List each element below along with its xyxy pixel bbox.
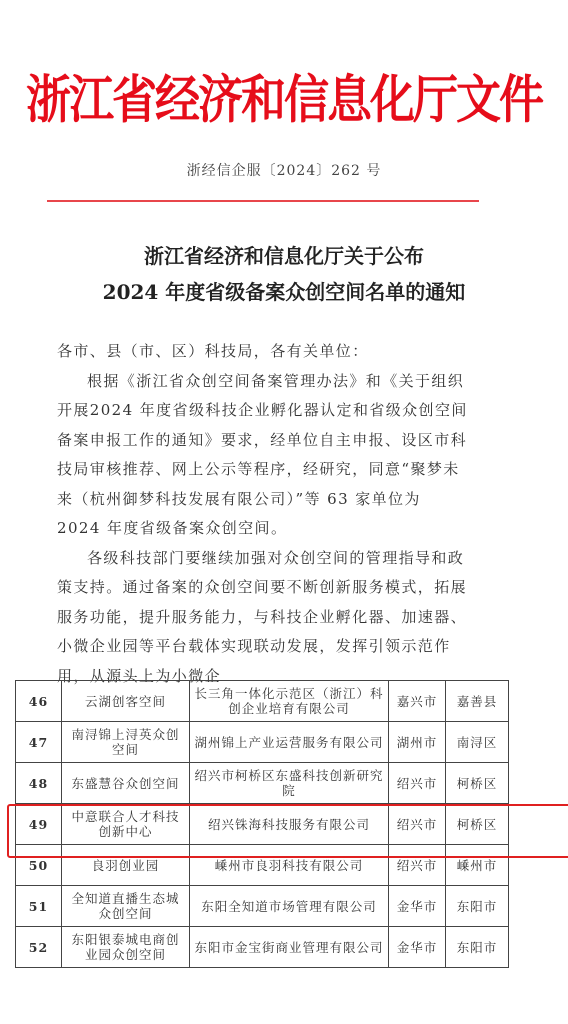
notice-title-line2: 2024 年度省级备案众创空间名单的通知 [0,274,568,310]
row-number: 49 [16,804,62,845]
space-name: 东盛慧谷众创空间 [62,763,190,804]
city: 绍兴市 [389,763,446,804]
red-divider-line [47,200,479,202]
district: 柯桥区 [446,804,509,845]
district: 柯桥区 [446,763,509,804]
table-row: 52 东阳银泰城电商创业园众创空间 东阳市金宝街商业管理有限公司 金华市 东阳市 [16,927,509,968]
city: 绍兴市 [389,845,446,886]
operator-name: 绍兴铢海科技服务有限公司 [190,804,389,845]
district: 嵊州市 [446,845,509,886]
city: 绍兴市 [389,804,446,845]
body-paragraph-1: 根据《浙江省众创空间备案管理办法》和《关于组织开展2024 年度省级科技企业孵化… [57,367,469,544]
maker-space-table: 46 云湖创客空间 长三角一体化示范区（浙江）科创企业培育有限公司 嘉兴市 嘉善… [15,680,509,968]
operator-name: 湖州锦上产业运营服务有限公司 [190,722,389,763]
district: 嘉善县 [446,681,509,722]
city: 嘉兴市 [389,681,446,722]
city: 金华市 [389,927,446,968]
table-row: 46 云湖创客空间 长三角一体化示范区（浙江）科创企业培育有限公司 嘉兴市 嘉善… [16,681,509,722]
operator-name: 长三角一体化示范区（浙江）科创企业培育有限公司 [190,681,389,722]
city: 湖州市 [389,722,446,763]
space-name: 南浔锦上浔英众创空间 [62,722,190,763]
row-number: 50 [16,845,62,886]
table-row: 48 东盛慧谷众创空间 绍兴市柯桥区东盛科技创新研究院 绍兴市 柯桥区 [16,763,509,804]
space-name: 全知道直播生态城众创空间 [62,886,190,927]
salutation: 各市、县（市、区）科技局，各有关单位： [57,337,469,367]
district: 南浔区 [446,722,509,763]
row-number: 52 [16,927,62,968]
table-row: 51 全知道直播生态城众创空间 东阳全知道市场管理有限公司 金华市 东阳市 [16,886,509,927]
space-name: 东阳银泰城电商创业园众创空间 [62,927,190,968]
district: 东阳市 [446,886,509,927]
table-row-highlighted: 49 中意联合人才科技创新中心 绍兴铢海科技服务有限公司 绍兴市 柯桥区 [16,804,509,845]
operator-name: 东阳全知道市场管理有限公司 [190,886,389,927]
operator-name: 嵊州市良羽科技有限公司 [190,845,389,886]
operator-name: 东阳市金宝街商业管理有限公司 [190,927,389,968]
document-number: 浙经信企服〔2024〕262 号 [0,160,568,180]
district: 东阳市 [446,927,509,968]
row-number: 46 [16,681,62,722]
operator-name: 绍兴市柯桥区东盛科技创新研究院 [190,763,389,804]
space-name: 良羽创业园 [62,845,190,886]
notice-title-line1: 浙江省经济和信息化厅关于公布 [0,238,568,274]
city: 金华市 [389,886,446,927]
row-number: 48 [16,763,62,804]
row-number: 51 [16,886,62,927]
notice-title: 浙江省经济和信息化厅关于公布 2024 年度省级备案众创空间名单的通知 [0,238,568,310]
notice-body: 各市、县（市、区）科技局，各有关单位： 根据《浙江省众创空间备案管理办法》和《关… [57,337,469,691]
space-name: 云湖创客空间 [62,681,190,722]
row-number: 47 [16,722,62,763]
table-row: 47 南浔锦上浔英众创空间 湖州锦上产业运营服务有限公司 湖州市 南浔区 [16,722,509,763]
document-masthead: 浙江省经济和信息化厅文件 [0,66,568,135]
table-row: 50 良羽创业园 嵊州市良羽科技有限公司 绍兴市 嵊州市 [16,845,509,886]
body-paragraph-2: 各级科技部门要继续加强对众创空间的管理指导和政策支持。通过备案的众创空间要不断创… [57,544,469,692]
space-name: 中意联合人才科技创新中心 [62,804,190,845]
